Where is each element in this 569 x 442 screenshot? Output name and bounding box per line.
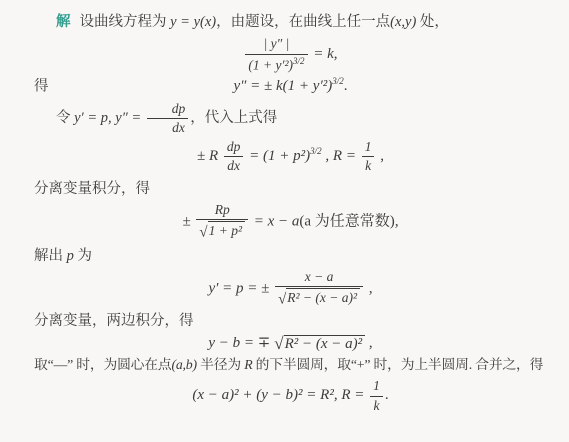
separate-both-sides-label: 分离变量，两边积分，得 xyxy=(34,311,547,332)
separate-integrate-label: 分离变量积分，得 xyxy=(34,179,547,200)
substitution-paragraph: 令 y′ = p, y″ = dpdx，代入上式得 xyxy=(34,101,547,136)
display-equation-curvature: | y″ |(1 + y′²)3/2 = k, xyxy=(34,36,547,73)
fraction-rp-sqrt: Rp√1 + p² xyxy=(196,202,248,242)
solution-intro-paragraph: 解设曲线方程为 y = y(x)，由题设，在曲线上任一点(x,y) 处， xyxy=(34,12,547,33)
display-equation-substituted: ± R dpdx = (1 + p²)3/2 , R = 1k , xyxy=(34,139,547,174)
side-label-de: 得 xyxy=(34,75,49,96)
sqrt-icon: √ xyxy=(199,225,207,241)
fraction-1-k-final: 1k xyxy=(370,378,383,413)
document-page: 解设曲线方程为 y = y(x)，由题设，在曲线上任一点(x,y) 处， | y… xyxy=(0,0,569,442)
display-equation-separated: ± Rp√1 + p² = x − a(a 为任意常数), xyxy=(34,202,547,242)
display-equation-ypp: y″ = ± k(1 + y′²)3/2. xyxy=(34,77,547,94)
equation-row-de: 得 y″ = ± k(1 + y′²)3/2. xyxy=(34,77,547,94)
display-equation-circle: (x − a)² + (y − b)² = R², R = 1k. xyxy=(34,378,547,413)
display-equation-p-solved: y′ = p = ± x − a√R² − (x − a)² , xyxy=(34,269,547,309)
sqrt-icon: √ xyxy=(278,292,286,308)
inline-math-point: (x,y) xyxy=(390,14,416,30)
solution-marker: 解 xyxy=(56,14,71,30)
intro-text: 设曲线方程为 xyxy=(80,14,171,30)
solve-p-label: 解出 p 为 xyxy=(34,246,547,267)
fraction-1-k: 1k xyxy=(362,139,375,174)
fraction-xa-sqrt: x − a√R² − (x − a)² xyxy=(275,269,363,309)
fraction-dp-dx-inline: dpdx xyxy=(147,101,189,136)
display-equation-yb: y − b = ∓ √R² − (x − a)² , xyxy=(34,335,547,352)
conclusion-paragraph: 取“—” 时，为圆心在点(a,b) 半径为 R 的下半圆周，取“+” 时，为上半… xyxy=(34,354,547,375)
sqrt-icon: √ xyxy=(274,334,283,353)
fraction-curvature: | y″ |(1 + y′²)3/2 xyxy=(245,36,307,73)
fraction-dp-dx: dpdx xyxy=(224,139,244,174)
inline-math-curve-equation: y = y(x) xyxy=(170,14,216,30)
arbitrary-constant-note: (a 为任意常数) xyxy=(299,213,394,229)
